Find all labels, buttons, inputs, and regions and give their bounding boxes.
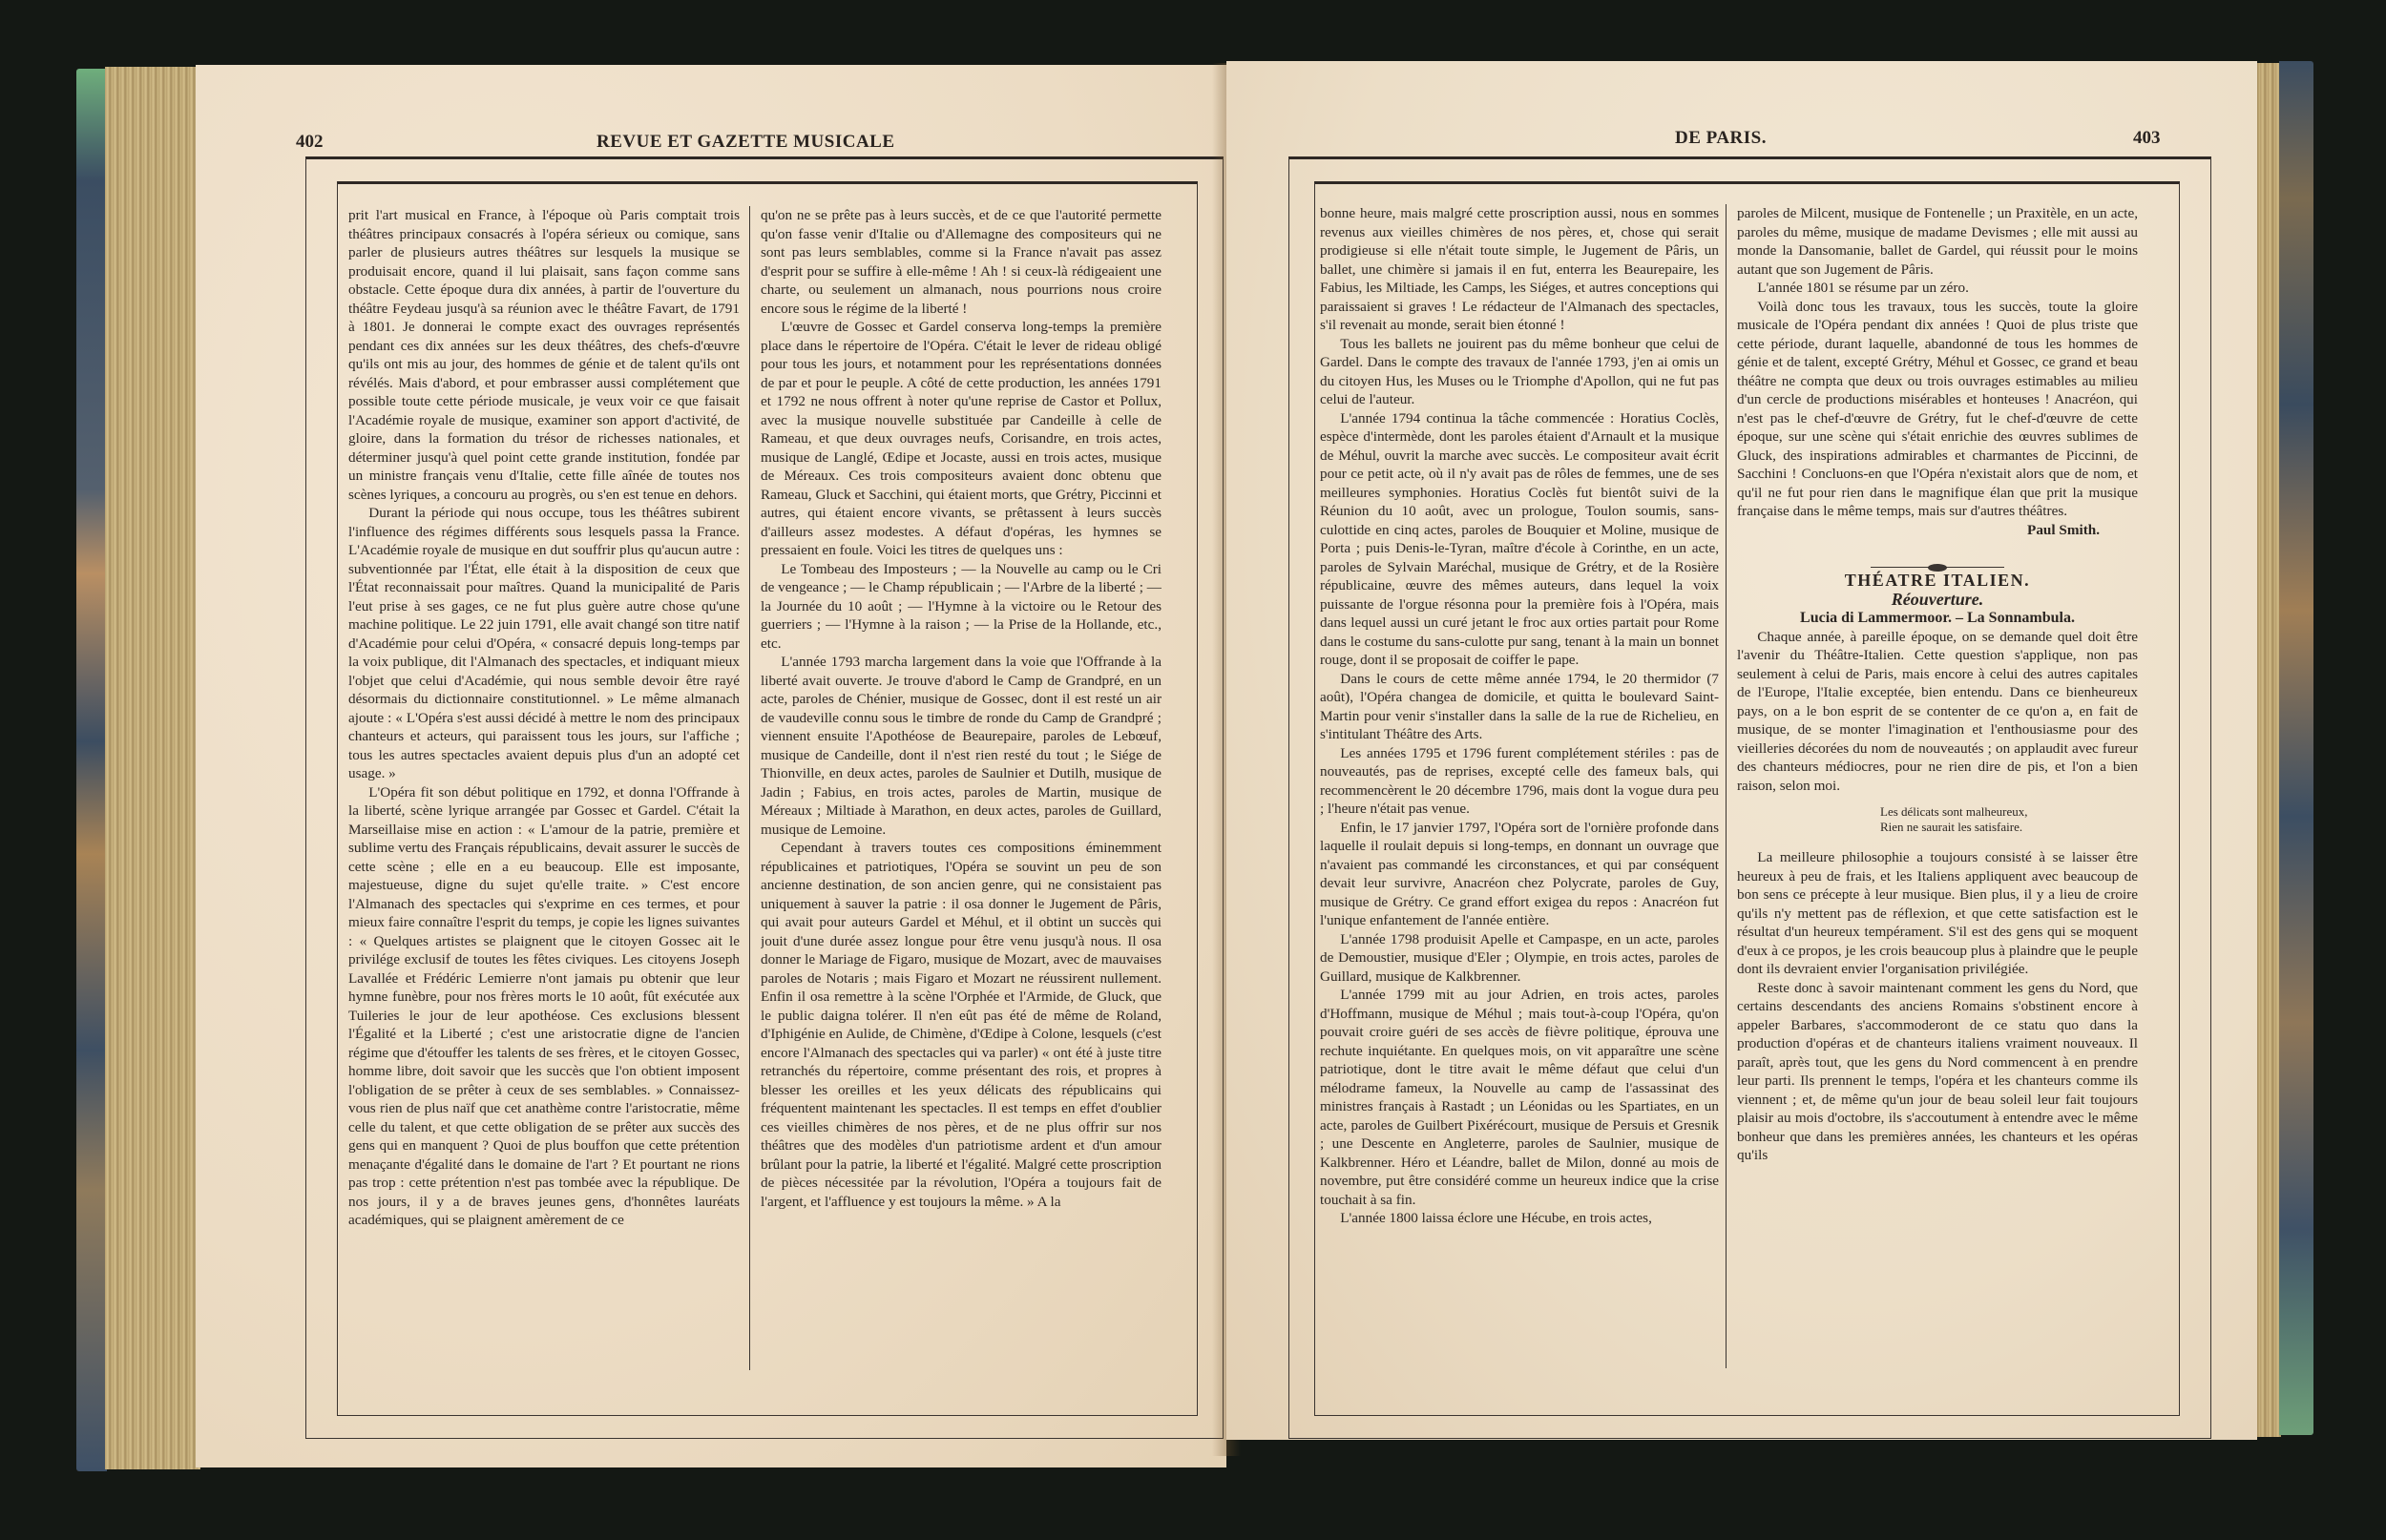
verse-quote: Les délicats sont malheureux, Rien ne sa… [1880,804,2138,835]
paragraph: qu'on ne se prête pas à leurs succès, et… [761,206,1162,318]
text-column-2: paroles de Milcent, musique de Fontenell… [1737,204,2138,1445]
paragraph: Les années 1795 et 1796 furent complétem… [1320,744,1719,819]
verse-line: Les délicats sont malheureux, [1880,804,2138,820]
paragraph: L'Opéra fit son début politique en 1792,… [348,783,740,1230]
paragraph: L'œuvre de Gossec et Gardel conserva lon… [761,318,1162,560]
paragraph: bonne heure, mais malgré cette proscript… [1320,204,1719,335]
page-number: 403 [2133,128,2161,149]
column-rule [1726,204,1727,1368]
paragraph: Tous les ballets ne jouirent pas du même… [1320,335,1719,409]
paragraph: Cependant à travers toutes ces compositi… [761,839,1162,1211]
section-title: THÉATRE ITALIEN. [1737,572,2138,591]
paragraph: Reste donc à savoir maintenant comment l… [1737,979,2138,1165]
left-page: 402 REVUE ET GAZETTE MUSICALE prit l'art… [196,65,1226,1467]
text-column-1: prit l'art musical en France, à l'époque… [348,206,740,1437]
marbled-cover-left [76,69,107,1471]
theatre-review-intro: Chaque année, à pareille époque, on se d… [1737,628,2138,796]
paragraph: La meilleure philosophie a toujours cons… [1737,848,2138,979]
verse-line: Rien ne saurait les satisfaire. [1880,820,2138,835]
column-rule [749,206,750,1370]
page-edges-left [105,67,200,1469]
paragraph: Durant la période qui nous occupe, tous … [348,504,740,783]
paragraph: L'année 1800 laissa éclore une Hécube, e… [1320,1209,1719,1228]
section-subtitle-2: Lucia di Lammermoor. – La Sonnambula. [1737,609,2138,628]
paragraph: Le Tombeau des Imposteurs ; — la Nouvell… [761,560,1162,654]
paragraph: L'année 1799 mit au jour Adrien, en troi… [1320,986,1719,1209]
running-head: DE PARIS. [1675,128,1767,149]
paragraph: L'année 1794 continua la tâche commencée… [1320,409,1719,670]
paragraph: Chaque année, à pareille époque, on se d… [1737,628,2138,796]
paragraph: prit l'art musical en France, à l'époque… [348,206,740,504]
page-number: 402 [296,132,324,153]
paragraph: Enfin, le 17 janvier 1797, l'Opéra sort … [1320,819,1719,930]
text-column-1: bonne heure, mais malgré cette proscript… [1320,204,1719,1445]
article-conclusion: paroles de Milcent, musique de Fontenell… [1737,204,2138,521]
paragraph: paroles de Milcent, musique de Fontenell… [1737,204,2138,279]
paragraph: L'année 1798 produisit Apelle et Campasp… [1320,930,1719,987]
paragraph: L'année 1801 se résume par un zéro. [1737,279,2138,298]
signature: Paul Smith. [1737,521,2138,540]
paragraph: L'année 1793 marcha largement dans la vo… [761,653,1162,839]
paragraph: Dans le cours de cette même année 1794, … [1320,670,1719,744]
theatre-review-body: La meilleure philosophie a toujours cons… [1737,848,2138,1165]
paragraph: Voilà donc tous les travaux, tous les su… [1737,298,2138,521]
right-page: DE PARIS. 403 bonne heure, mais malgré c… [1226,61,2257,1440]
section-subtitle: Réouverture. [1737,591,2138,610]
ornament-divider [1871,564,2004,572]
marbled-cover-right [2279,61,2313,1435]
running-head: REVUE ET GAZETTE MUSICALE [596,132,895,153]
text-column-2: qu'on ne se prête pas à leurs succès, et… [761,206,1162,1437]
